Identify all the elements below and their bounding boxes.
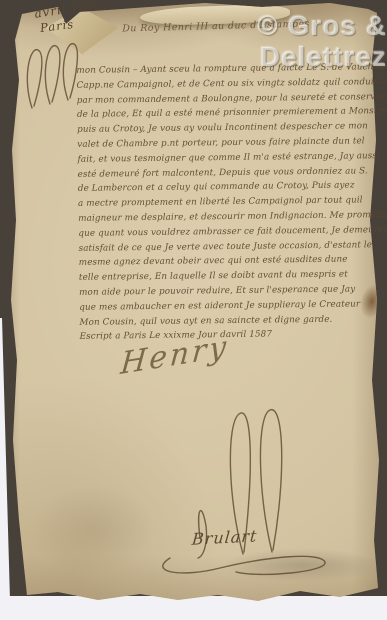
brulart-paraph-flourish bbox=[140, 406, 360, 581]
letter-body: mon Cousin – Ayant sceu la rompture que … bbox=[76, 60, 379, 345]
watermark: © Gros & Delettrez bbox=[257, 10, 387, 72]
watermark-line1: © Gros & bbox=[257, 10, 387, 41]
photo-margin-left bbox=[0, 318, 11, 600]
photo-margin-bottom bbox=[0, 596, 387, 620]
signature-brulart: Brulart bbox=[191, 526, 258, 549]
watermark-line2: Delettrez bbox=[257, 41, 387, 72]
photo-background: avril 1587. Paris Du Roy Henri III au du… bbox=[0, 0, 387, 620]
